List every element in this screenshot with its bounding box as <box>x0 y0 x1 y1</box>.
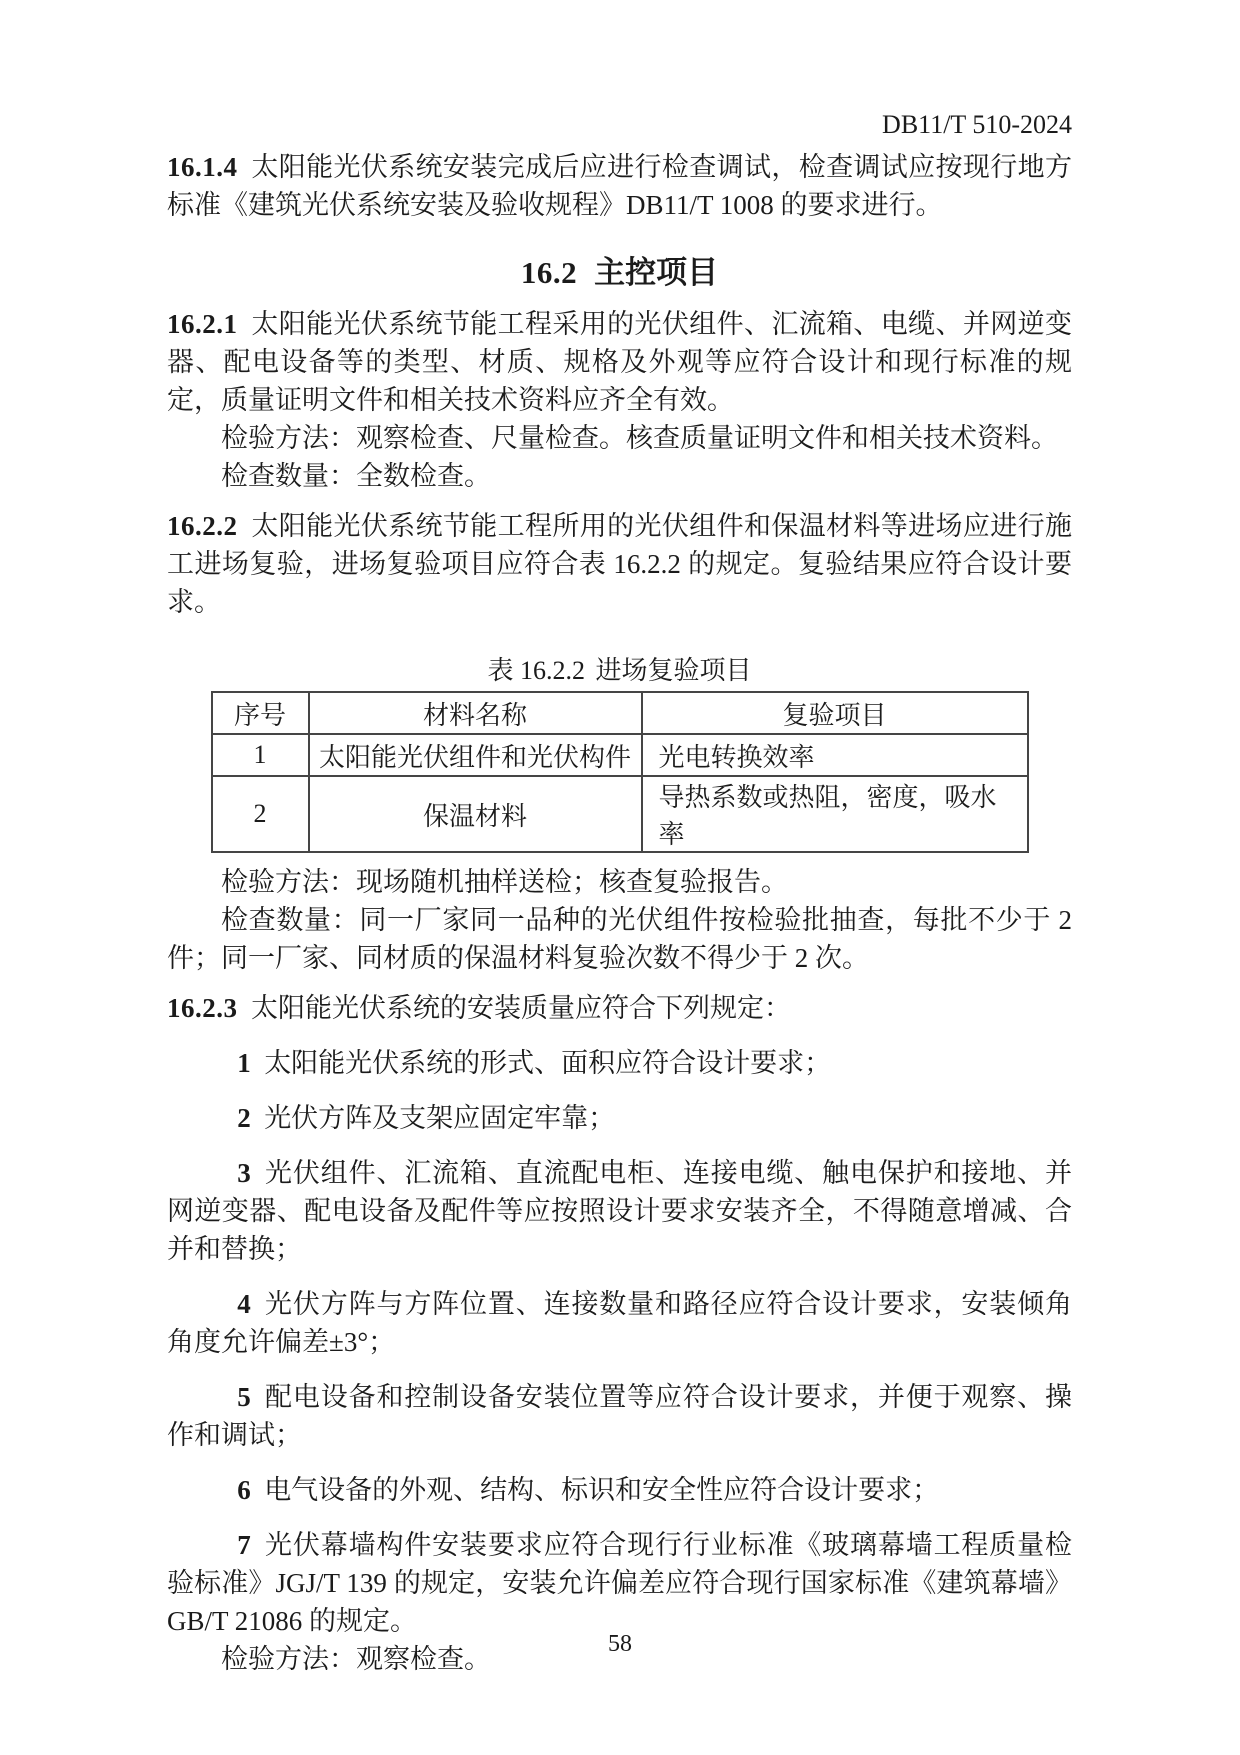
table-16-2-2: 序号 材料名称 复验项目 1 太阳能光伏组件和光伏构件 光电转换效率 2 保温材… <box>211 691 1029 853</box>
table-row: 1 太阳能光伏组件和光伏构件 光电转换效率 <box>212 734 1028 776</box>
table-cell-seq: 2 <box>212 776 309 852</box>
doc-code-header: DB11/T 510-2024 <box>167 111 1072 139</box>
section-heading-16-2: 16.2主控项目 <box>167 251 1072 295</box>
clause-16-2-2-quantity: 检查数量：同一厂家同一品种的光伏组件按检验批抽查，每批不少于 2 件；同一厂家、… <box>167 901 1072 977</box>
item-text: 光伏组件、汇流箱、直流配电柜、连接电缆、触电保护和接地、并网逆变器、配电设备及配… <box>167 1158 1072 1264</box>
document-page: DB11/T 510-2024 16.1.4太阳能光伏系统安装完成后应进行检查调… <box>0 0 1240 1755</box>
clause-16-2-1: 16.2.1太阳能光伏系统节能工程采用的光伏组件、汇流箱、电缆、并网逆变器、配电… <box>167 305 1072 419</box>
list-item-4: 4光伏方阵与方阵位置、连接数量和路径应符合设计要求，安装倾角角度允许偏差±3°； <box>167 1285 1072 1361</box>
clause-16-2-1-method: 检验方法：观察检查、尺量检查。核查质量证明文件和相关技术资料。 <box>167 419 1072 457</box>
item-text: 光伏方阵与方阵位置、连接数量和路径应符合设计要求，安装倾角角度允许偏差±3°； <box>167 1289 1072 1357</box>
section-title: 主控项目 <box>594 255 718 290</box>
item-text: 配电设备和控制设备安装位置等应符合设计要求，并便于观察、操作和调试； <box>167 1382 1072 1450</box>
list-item-1: 1太阳能光伏系统的形式、面积应符合设计要求； <box>167 1044 1072 1082</box>
item-number: 6 <box>237 1475 251 1505</box>
clause-text: 太阳能光伏系统安装完成后应进行检查调试，检查调试应按现行地方标准《建筑光伏系统安… <box>167 152 1072 220</box>
clause-16-2-3-items: 1太阳能光伏系统的形式、面积应符合设计要求； 2光伏方阵及支架应固定牢靠； 3光… <box>167 1044 1072 1640</box>
item-number: 7 <box>237 1530 251 1560</box>
clause-16-1-4: 16.1.4太阳能光伏系统安装完成后应进行检查调试，检查调试应按现行地方标准《建… <box>167 148 1072 224</box>
clause-16-2-1-quantity: 检查数量：全数检查。 <box>167 457 1072 495</box>
table-cell-material: 保温材料 <box>309 776 642 852</box>
table-caption-title: 进场复验项目 <box>595 656 751 685</box>
clause-number: 16.2.2 <box>167 511 238 541</box>
table-caption: 表 16.2.2进场复验项目 <box>167 652 1072 690</box>
clause-text: 太阳能光伏系统的安装质量应符合下列规定： <box>251 993 791 1023</box>
list-item-2: 2光伏方阵及支架应固定牢靠； <box>167 1099 1072 1137</box>
item-number: 5 <box>237 1382 251 1412</box>
clause-number: 16.2.1 <box>167 309 238 339</box>
list-item-7: 7光伏幕墙构件安装要求应符合现行行业标准《玻璃幕墙工程质量检验标准》JGJ/T … <box>167 1526 1072 1640</box>
item-text: 光伏方阵及支架应固定牢靠； <box>264 1103 615 1133</box>
list-item-5: 5配电设备和控制设备安装位置等应符合设计要求，并便于观察、操作和调试； <box>167 1378 1072 1454</box>
clause-text: 太阳能光伏系统节能工程所用的光伏组件和保温材料等进场应进行施工进场复验，进场复验… <box>167 511 1072 617</box>
item-number: 3 <box>237 1158 251 1188</box>
table-caption-label: 表 16.2.2 <box>488 656 586 685</box>
table-cell-seq: 1 <box>212 734 309 776</box>
table-row: 2 保温材料 导热系数或热阻，密度，吸水率 <box>212 776 1028 852</box>
item-text: 电气设备的外观、结构、标识和安全性应符合设计要求； <box>264 1475 939 1505</box>
table-header-cell: 材料名称 <box>309 692 642 734</box>
page-number: 58 <box>0 1631 1240 1657</box>
table-header-cell: 复验项目 <box>642 692 1028 734</box>
item-text: 太阳能光伏系统的形式、面积应符合设计要求； <box>264 1048 831 1078</box>
list-item-6: 6电气设备的外观、结构、标识和安全性应符合设计要求； <box>167 1471 1072 1509</box>
section-number: 16.2 <box>521 255 577 290</box>
item-number: 1 <box>237 1048 251 1078</box>
item-number: 2 <box>237 1103 251 1133</box>
table-cell-review-item: 光电转换效率 <box>642 734 1028 776</box>
clause-text: 太阳能光伏系统节能工程采用的光伏组件、汇流箱、电缆、并网逆变器、配电设备等的类型… <box>167 309 1072 415</box>
list-item-3: 3光伏组件、汇流箱、直流配电柜、连接电缆、触电保护和接地、并网逆变器、配电设备及… <box>167 1154 1072 1268</box>
clause-16-2-3: 16.2.3太阳能光伏系统的安装质量应符合下列规定： <box>167 989 1072 1027</box>
table-header-cell: 序号 <box>212 692 309 734</box>
item-text: 光伏幕墙构件安装要求应符合现行行业标准《玻璃幕墙工程质量检验标准》JGJ/T 1… <box>167 1530 1072 1636</box>
table-cell-material: 太阳能光伏组件和光伏构件 <box>309 734 642 776</box>
clause-number: 16.1.4 <box>167 152 238 182</box>
table-cell-review-item: 导热系数或热阻，密度，吸水率 <box>642 776 1028 852</box>
clause-number: 16.2.3 <box>167 993 238 1023</box>
item-number: 4 <box>237 1289 251 1319</box>
clause-16-2-2: 16.2.2太阳能光伏系统节能工程所用的光伏组件和保温材料等进场应进行施工进场复… <box>167 507 1072 621</box>
clause-16-2-2-method: 检验方法：现场随机抽样送检；核查复验报告。 <box>167 863 1072 901</box>
table-header-row: 序号 材料名称 复验项目 <box>212 692 1028 734</box>
